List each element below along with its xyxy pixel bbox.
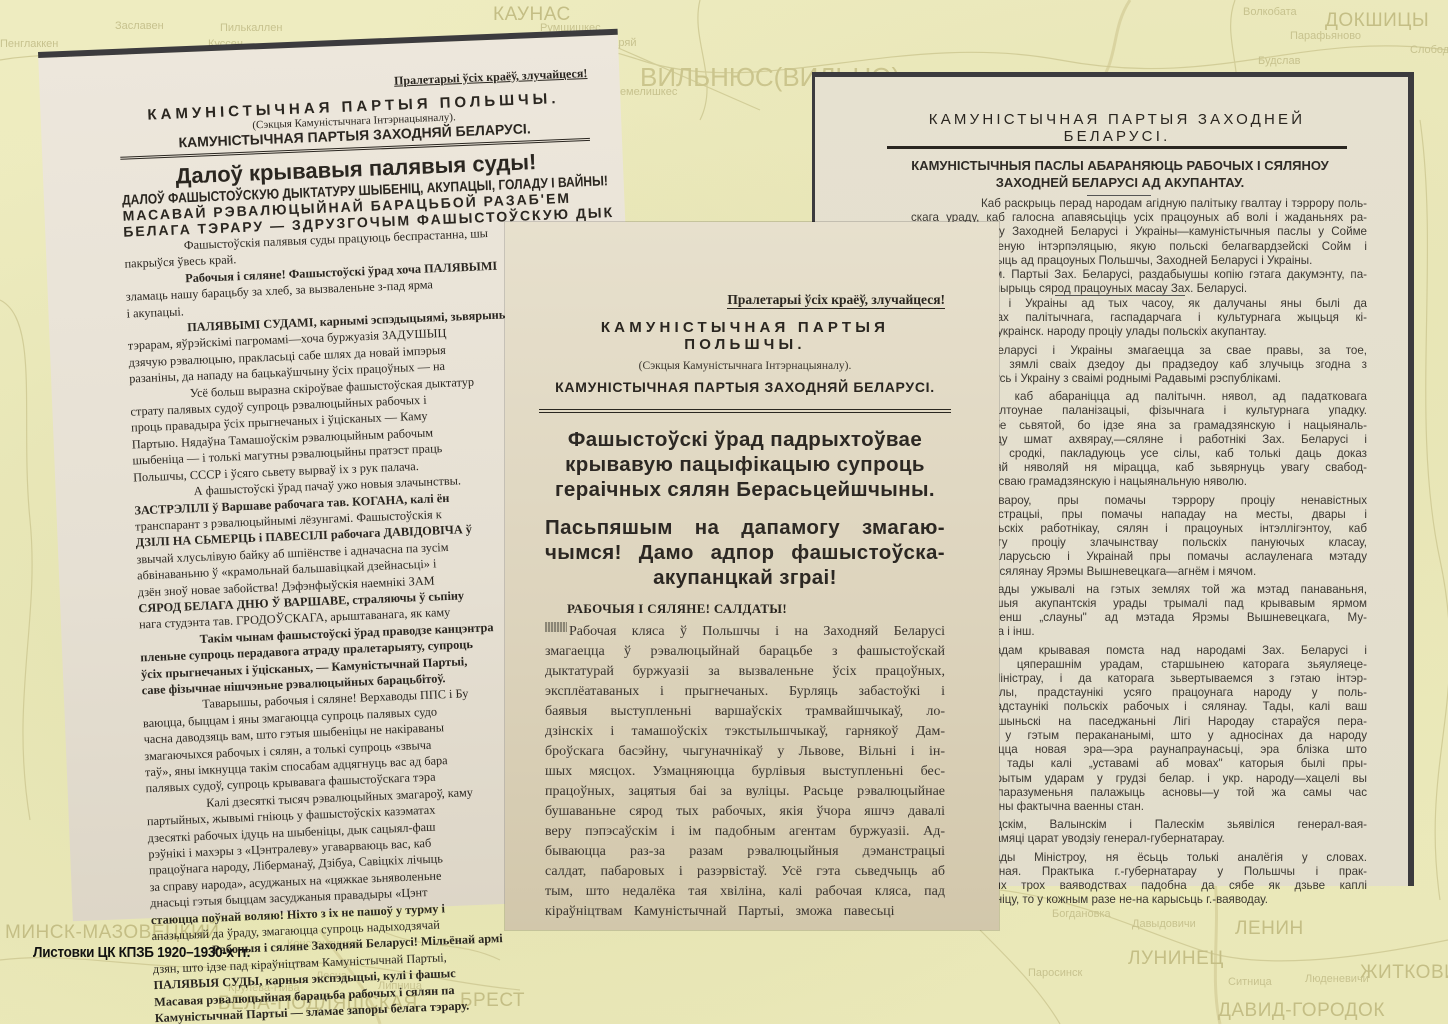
divider (1087, 195, 1151, 196)
subheadline-line: КАМУНІСТЫЧНЫЯ ПАСЛЫ АБАРАНЯЮЦЬ РАБОЧЫХ І… (885, 157, 1355, 174)
text-line: веру пэпэсаўскім і ім падобным агентам б… (545, 822, 945, 842)
map-label: Пилькаллен (220, 22, 282, 34)
leaflet-headline: Фашыстоўскі ўрад падрыхтоўвае крывавую п… (545, 427, 945, 502)
leaflet-party-subtitle: КАМУНІСТЫЧНАЯ ПАРТЫЯ ЗАХОДНЯЙ БЕЛАРУСІ. (545, 379, 945, 395)
headline-line: гераічных сялян Берасьцейшчыны. (545, 477, 945, 502)
map-label: Пенглаккен (0, 38, 58, 50)
map-label: Семелишкес (612, 86, 677, 98)
map-label: Волкобата (1243, 6, 1297, 18)
map-label: Паросинск (1028, 967, 1082, 979)
map-label: ЛУНИНЕЦ (1128, 948, 1224, 970)
map-label: Слобода (1410, 44, 1448, 56)
map-label: ЛЕНИН (1235, 918, 1304, 940)
text-line: салдат, пабаровых і разэрвістаў. Усё гэт… (545, 862, 945, 882)
text-line: працоўных, зацятыя баі за вуліцы. Расьце… (545, 782, 945, 802)
call-line: чымся! Дамо адпор фашыстоўска- (545, 540, 945, 565)
text-line: бушаваньне сярод тых рабочых, якія ўчора… (545, 802, 945, 822)
map-label: Давыдовичи (1132, 918, 1196, 930)
map-label: ЖИТКОВИЧИ (1360, 962, 1448, 984)
subheadline-line: ЗАХОДНЕЙ БЕЛАРУСІ АД АКУПАНТАУ. (885, 174, 1355, 191)
text-line: бываюцца раз-за разам рэвалюцыйныя дэман… (545, 842, 945, 862)
caption: Листовки ЦК КПЗБ 1920–1930-х гг. (33, 944, 250, 961)
map-label: Люденевичи (1305, 973, 1369, 985)
divider (1055, 295, 1185, 296)
text-line: дыктатурай буржуазіі за вызваленьне ўсіх… (545, 662, 945, 682)
divider (539, 409, 951, 413)
text-line: кіраўніцтвам Камуністычнай Партыі, зможа… (545, 902, 945, 922)
map-label: Заславен (115, 20, 164, 32)
text-line: Рабочая кляса ў Польшчы і на Заходняй Бе… (545, 622, 945, 642)
text-line: шых мясцох. Узмацняюцца бурлівыя выступл… (545, 762, 945, 782)
headline-line: Фашыстоўскі ўрад падрыхтоўвае (545, 427, 945, 452)
call-line: Пасьпяшым на дапамогу змагаю- (545, 515, 945, 540)
leaflet-center: Пралетарыі ўсіх краёў, злучайцеся! КАМУН… (505, 222, 999, 930)
leaflet-subheadline: РАБОЧЫЯ І СЯЛЯНЕ! САЛДАТЫ! (545, 601, 945, 617)
text-line: баявыя выступленьні варшаўскіх трамвайшч… (545, 702, 945, 722)
stamp-mark (545, 622, 567, 632)
leaflet-subheadline: КАМУНІСТЫЧНЫЯ ПАСЛЫ АБАРАНЯЮЦЬ РАБОЧЫХ І… (885, 157, 1355, 191)
call-line: акупанцкай зграі! (545, 565, 945, 590)
map-label: Будслав (1258, 55, 1300, 67)
leaflet-section: (Сэкцыя Камуністычнага Інтэрнацыяналу). (545, 360, 945, 372)
headline-line: крывавую пацыфікацыю супроць (545, 452, 945, 477)
text-line: змагаецца ў рэвалюцыйнай барацьбе з фашы… (545, 642, 945, 662)
leaflet-call: Пасьпяшым на дапамогу змагаю- чымся! Дам… (545, 515, 945, 590)
map-label: ДОКШИЦЫ (1325, 10, 1429, 32)
text-line: тым, што недалёка тая хвіліна, калі рабо… (545, 882, 945, 902)
text-line: броўскага басэйну, чыгуначнікаў у Львове… (545, 742, 945, 762)
map-label: Парафьяново (1290, 30, 1361, 42)
leaflet-party-title: КАМУНІСТЫЧНАЯ ПАРТЫЯ ЗАХОДНЕЙ БЕЛАРУСІ. (887, 111, 1347, 149)
leaflet-party-title: КАМУНІСТЫЧНАЯ ПАРТЫЯ ПОЛЬШЧЫ. (545, 309, 945, 353)
leaflet-body: Рабочая кляса ў Польшчы і на Заходняй Бе… (545, 622, 945, 922)
text-line: дзінскіх і тамашоўскіх тэкстыльшчыкаў, г… (545, 722, 945, 742)
leaflet-slogan: Пралетарыі ўсіх краёў, злучайцеся! (727, 292, 945, 309)
map-label: ДАВИД-ГОРОДОК (1218, 1000, 1385, 1022)
map-label: Ситница (1228, 976, 1272, 988)
text-line: эксплёатаваных і прыгнечаных. Бурляць за… (545, 682, 945, 702)
text-line: Каб раскрыць перад народам агідную паліт… (911, 197, 1367, 211)
